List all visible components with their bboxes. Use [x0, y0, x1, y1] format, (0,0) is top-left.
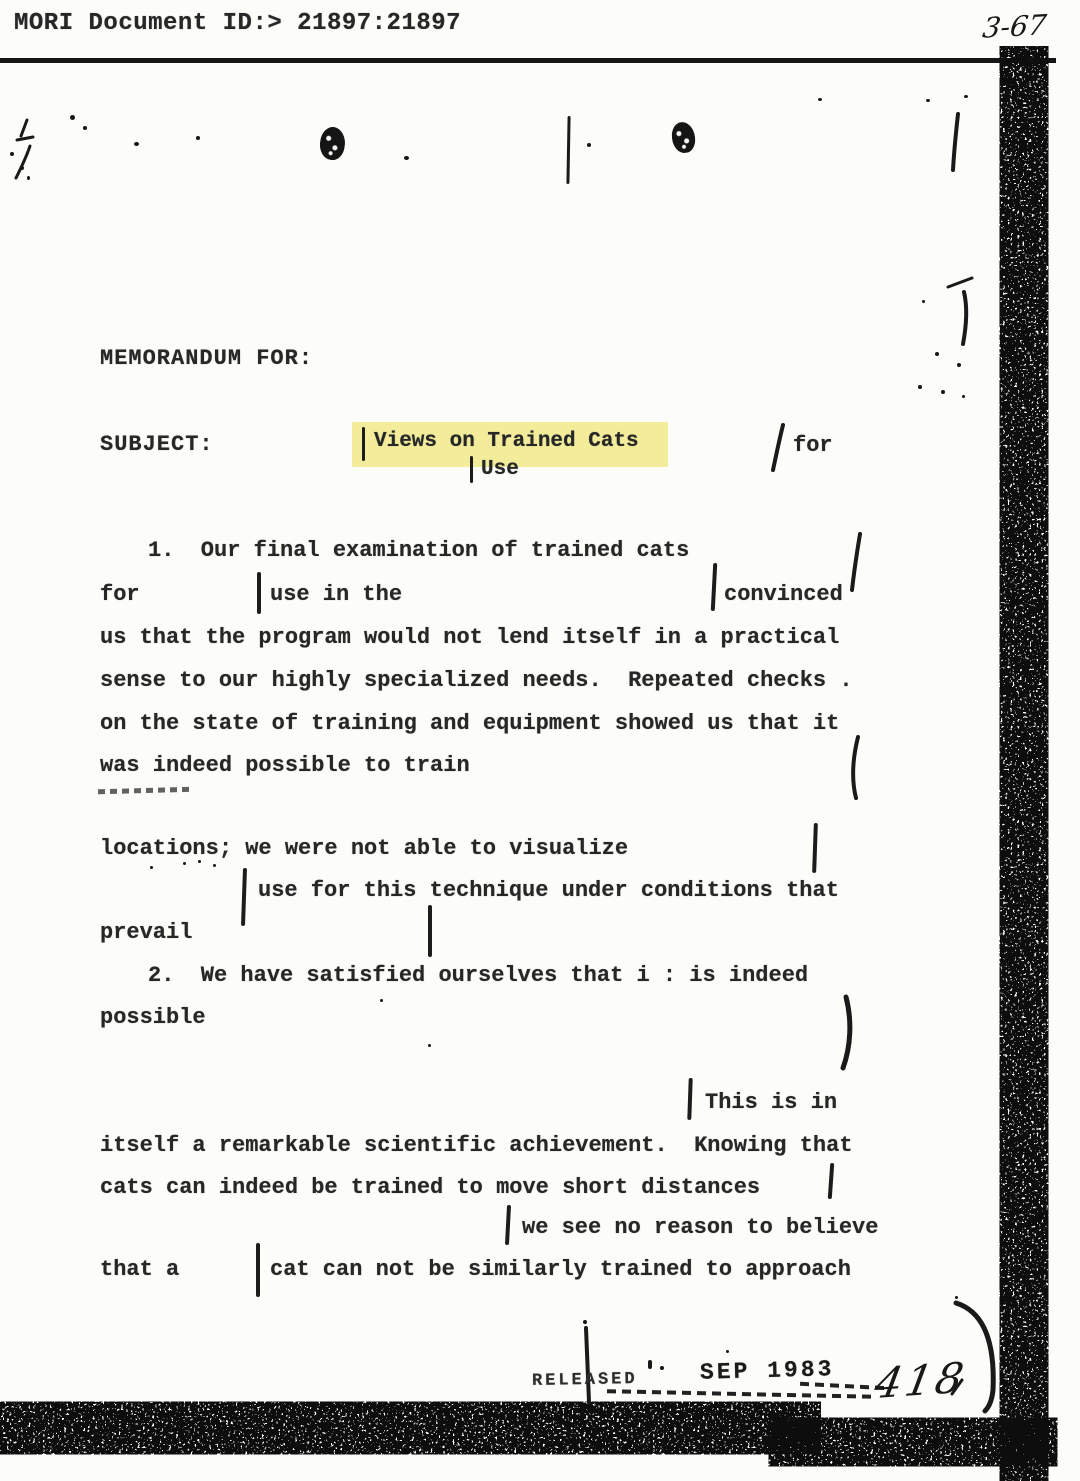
body-line: for	[100, 582, 140, 607]
scanned-page: MORI Document ID:> 21897:21897 3-67	[0, 0, 1080, 1481]
speck	[196, 136, 200, 140]
speck	[404, 156, 409, 160]
body-line: convinced	[724, 582, 843, 607]
redaction-bar	[711, 563, 718, 611]
body-line: on the state of training and equipment s…	[100, 711, 839, 736]
body-line: prevail	[100, 920, 192, 945]
speck	[83, 126, 87, 130]
speck	[941, 390, 945, 394]
body-line: sense to our highly specialized needs. R…	[100, 668, 853, 693]
body-line: itself a remarkable scientific achieveme…	[100, 1133, 853, 1158]
ink-blob	[318, 125, 347, 161]
header-rule	[0, 58, 1056, 63]
body-line: use in the	[270, 582, 402, 607]
document-id: MORI Document ID:> 21897:21897	[14, 10, 461, 37]
body-line: cat can not be similarly trained to appr…	[270, 1257, 851, 1282]
speck	[150, 866, 153, 869]
redaction-bar	[687, 1078, 692, 1120]
speck	[20, 166, 24, 170]
subject-use-text: Use	[481, 458, 519, 481]
redaction-bar	[470, 456, 473, 483]
speck	[583, 1320, 587, 1324]
speck	[10, 152, 14, 156]
body-line: use for this technique under conditions …	[258, 878, 839, 903]
speck	[27, 176, 30, 180]
date-stamp: SEP 1983	[700, 1356, 835, 1386]
redaction-bar	[362, 427, 365, 461]
speck	[380, 999, 383, 1002]
speck	[134, 142, 139, 146]
handwritten-number: 418	[871, 1353, 970, 1408]
pen-mark	[566, 116, 570, 184]
body-line: was indeed possible to train	[100, 753, 470, 778]
redaction-bar	[828, 1163, 835, 1199]
speck	[964, 95, 968, 98]
speck	[926, 99, 930, 102]
released-label: RELEASED	[532, 1370, 638, 1391]
redaction-bar	[257, 572, 261, 614]
redaction-bar	[241, 868, 247, 926]
speck	[70, 115, 75, 120]
body-line: This is in	[705, 1090, 837, 1115]
dashed-line	[607, 1389, 875, 1399]
speck	[183, 862, 186, 865]
speck	[818, 98, 822, 101]
speck	[428, 1044, 431, 1047]
pen-mark	[648, 1360, 652, 1369]
speck	[957, 363, 961, 367]
redaction-bar	[256, 1243, 260, 1297]
speck	[660, 1366, 664, 1370]
body-line: 2. We have satisfied ourselves that i : …	[148, 963, 808, 988]
ink-blob	[670, 121, 696, 154]
redaction-bar	[428, 905, 432, 957]
speck	[962, 395, 965, 398]
body-line: 1. Our final examination of trained cats	[148, 538, 689, 563]
handwritten-page-annotation: 3-67	[981, 8, 1048, 44]
redaction-bar	[812, 823, 818, 873]
subject-label: SUBJECT:	[100, 432, 214, 457]
speck	[213, 864, 216, 867]
speck	[935, 352, 939, 356]
ink-smudge	[98, 787, 193, 794]
subject-title: Views on Trained Cats	[374, 430, 639, 453]
speck	[918, 385, 922, 389]
subject-for-text: for	[793, 433, 833, 458]
body-line: we see no reason to believe	[522, 1215, 878, 1240]
body-line: that a	[100, 1257, 179, 1282]
body-line: locations; we were not able to visualize	[100, 836, 628, 861]
body-line: cats can indeed be trained to move short…	[100, 1175, 760, 1200]
body-line: us that the program would not lend itsel…	[100, 625, 839, 650]
speck	[922, 300, 925, 303]
speck	[955, 1296, 958, 1299]
body-line: possible	[100, 1005, 206, 1030]
speck	[587, 143, 591, 147]
speck	[726, 1350, 729, 1353]
redaction-bar	[505, 1205, 511, 1245]
memorandum-for-label: MEMORANDUM FOR:	[100, 346, 313, 371]
